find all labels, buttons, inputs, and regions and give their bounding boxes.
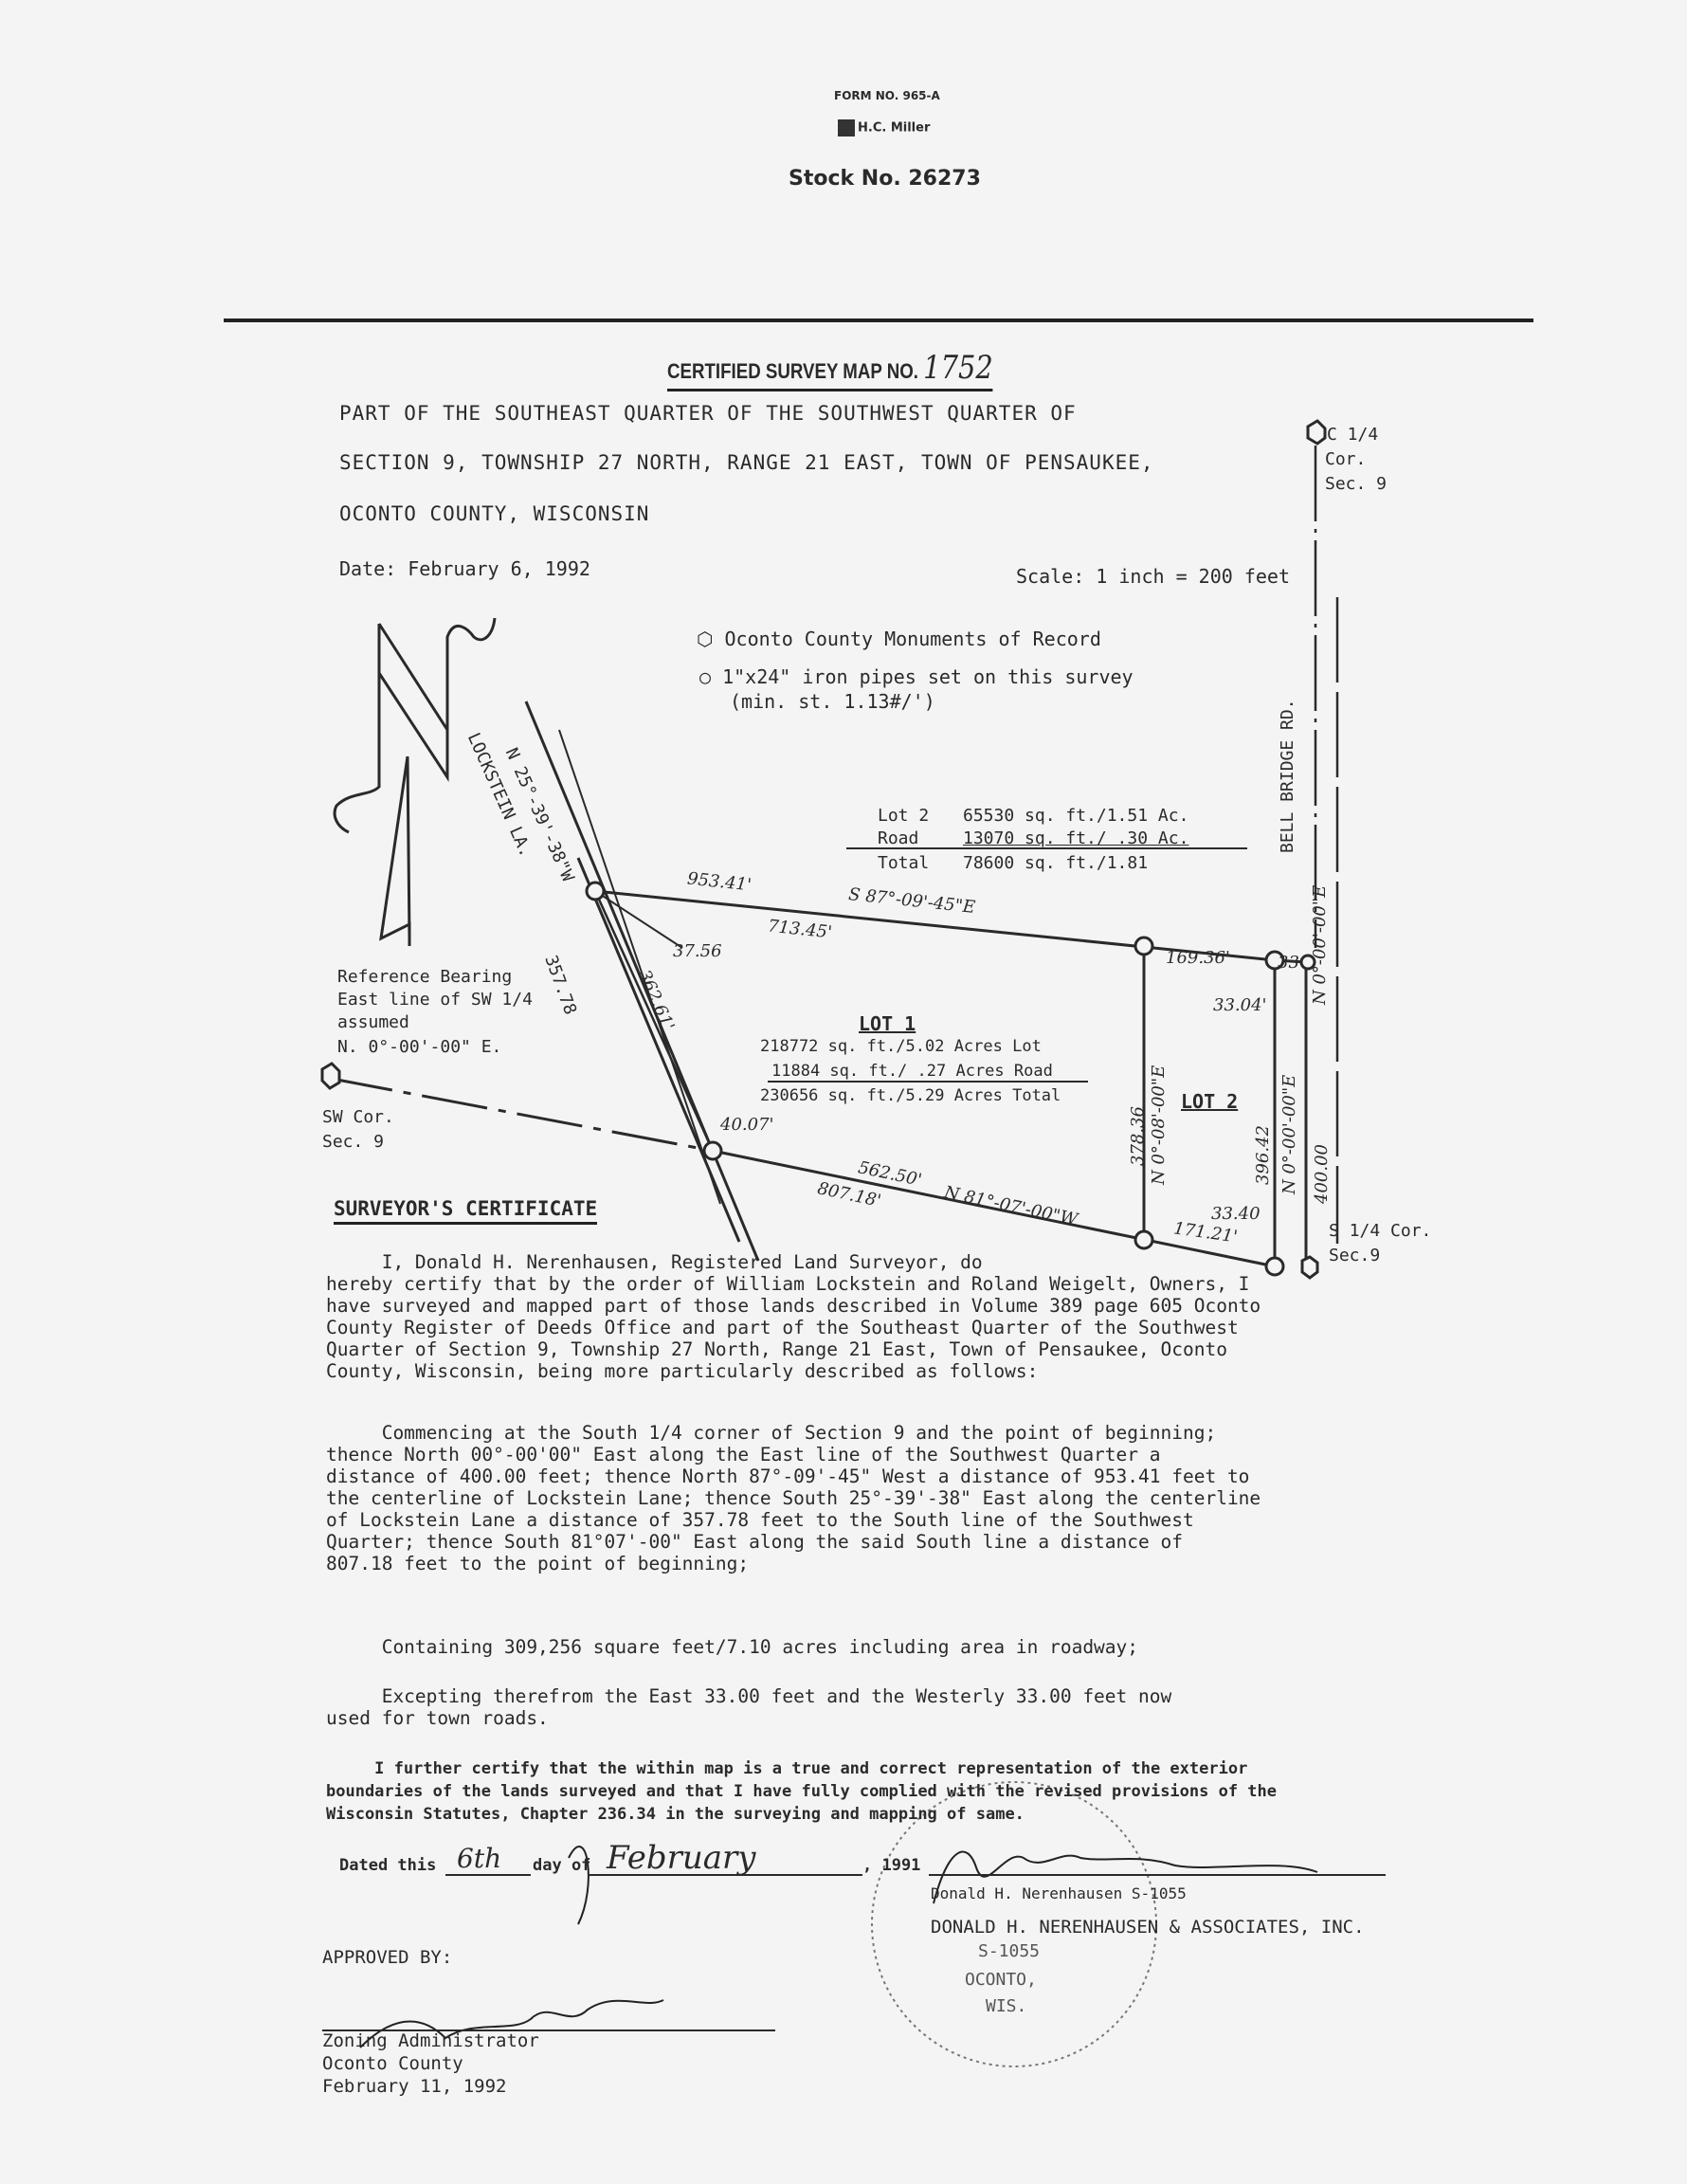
surveyor-name: Donald H. Nerenhausen S-1055 [931, 1884, 1187, 1902]
seal-license: S-1055 [978, 1941, 1040, 1961]
north-lot2-dim: 169.36' [1166, 948, 1230, 968]
lot2-east-dim: 396.42 [1253, 1125, 1273, 1185]
se-offset-dim: 33.40 [1211, 1204, 1261, 1224]
lot2-label: LOT 2 [1181, 1090, 1238, 1113]
certificate-heading: SURVEYOR'S CERTIFICATE [334, 1197, 597, 1225]
approver-county: Oconto County [322, 2053, 463, 2074]
certificate-paragraph-4: Excepting therefrom the East 33.00 feet … [326, 1685, 1171, 1729]
lot2-area-row-total-name: Total [878, 853, 929, 873]
east-total-dim: 400.00 [1312, 1144, 1332, 1204]
c-quarter-corner-label-1: C 1/4 [1327, 425, 1378, 445]
s-quarter-corner-label-1: S 1/4 Cor. [1329, 1221, 1431, 1241]
c-quarter-corner-label-2: Cor. [1325, 449, 1366, 469]
reference-bearing-1: Reference Bearing [337, 967, 512, 987]
dated-prefix: Dated this [339, 1856, 436, 1875]
lot1-area-road: 11884 sq. ft./ .27 Acres Road [771, 1062, 1053, 1081]
lot2-area-row-road-name: Road [878, 828, 918, 848]
lot2-area-row-lot-value: 65530 sq. ft./1.51 Ac. [963, 806, 1188, 826]
lot2-area-row-lot-name: Lot 2 [878, 806, 929, 826]
reference-bearing-4: N. 0°-00'-00" E. [337, 1037, 501, 1057]
certificate-paragraph-2: Commencing at the South 1/4 corner of Se… [326, 1422, 1261, 1574]
north-arrow-icon [335, 618, 495, 946]
road-label-bell-bridge: BELL BRIDGE RD. [1278, 699, 1297, 853]
lot2-east-bearing: N 0°-00'-00"E [1279, 1075, 1299, 1194]
lot2-west-dim: 378.36 [1128, 1106, 1148, 1166]
s-quarter-corner-label-2: Sec.9 [1329, 1246, 1380, 1265]
dated-day: 6th [457, 1843, 501, 1874]
approval-date: February 11, 1992 [322, 2076, 506, 2097]
east-line-bearing: N 0°-00'-00"E [1310, 885, 1330, 1005]
sw-corner-label-1: SW Cor. [322, 1107, 394, 1127]
approver-title: Zoning Administrator [322, 2030, 539, 2051]
seal-state: WIS. [986, 1996, 1026, 2016]
seal-city: OCONTO, [965, 1970, 1037, 1990]
certificate-paragraph-5: I further certify that the within map is… [326, 1757, 1277, 1826]
reference-bearing-2: East line of SW 1/4 [337, 990, 533, 1010]
ne-offset-dim: 33.04' [1213, 995, 1266, 1015]
sw-offset-dim: 40.07' [720, 1115, 773, 1135]
lot2-area-row-total-value: 78600 sq. ft./1.81 [963, 853, 1148, 873]
row-width-33: 33 [1278, 953, 1299, 973]
certificate-paragraph-3: Containing 309,256 square feet/7.10 acre… [326, 1636, 1138, 1658]
dated-mid: day of [533, 1856, 590, 1875]
lot1-label: LOT 1 [859, 1012, 916, 1035]
reference-bearing-3: assumed [337, 1012, 409, 1032]
dated-month: February [607, 1839, 756, 1877]
certificate-paragraph-1: I, Donald H. Nerenhausen, Registered Lan… [326, 1251, 1261, 1382]
lot1-area-total: 230656 sq. ft./5.29 Acres Total [760, 1086, 1061, 1105]
c-quarter-corner-label-3: Sec. 9 [1325, 474, 1387, 494]
lot1-area-lot: 218772 sq. ft./5.02 Acres Lot [760, 1037, 1042, 1056]
lot2-west-bearing: N 0°-08'-00"E [1149, 1065, 1169, 1185]
dated-year: , 1991 [862, 1856, 920, 1875]
lot2-area-row-road-value: 13070 sq. ft./ .30 Ac. [963, 828, 1188, 848]
sw-corner-label-2: Sec. 9 [322, 1132, 384, 1152]
approved-by-label: APPROVED BY: [322, 1947, 452, 1968]
nw-offset-dim: 37.56 [673, 941, 722, 961]
surveyor-company: DONALD H. NERENHAUSEN & ASSOCIATES, INC. [931, 1917, 1365, 1938]
